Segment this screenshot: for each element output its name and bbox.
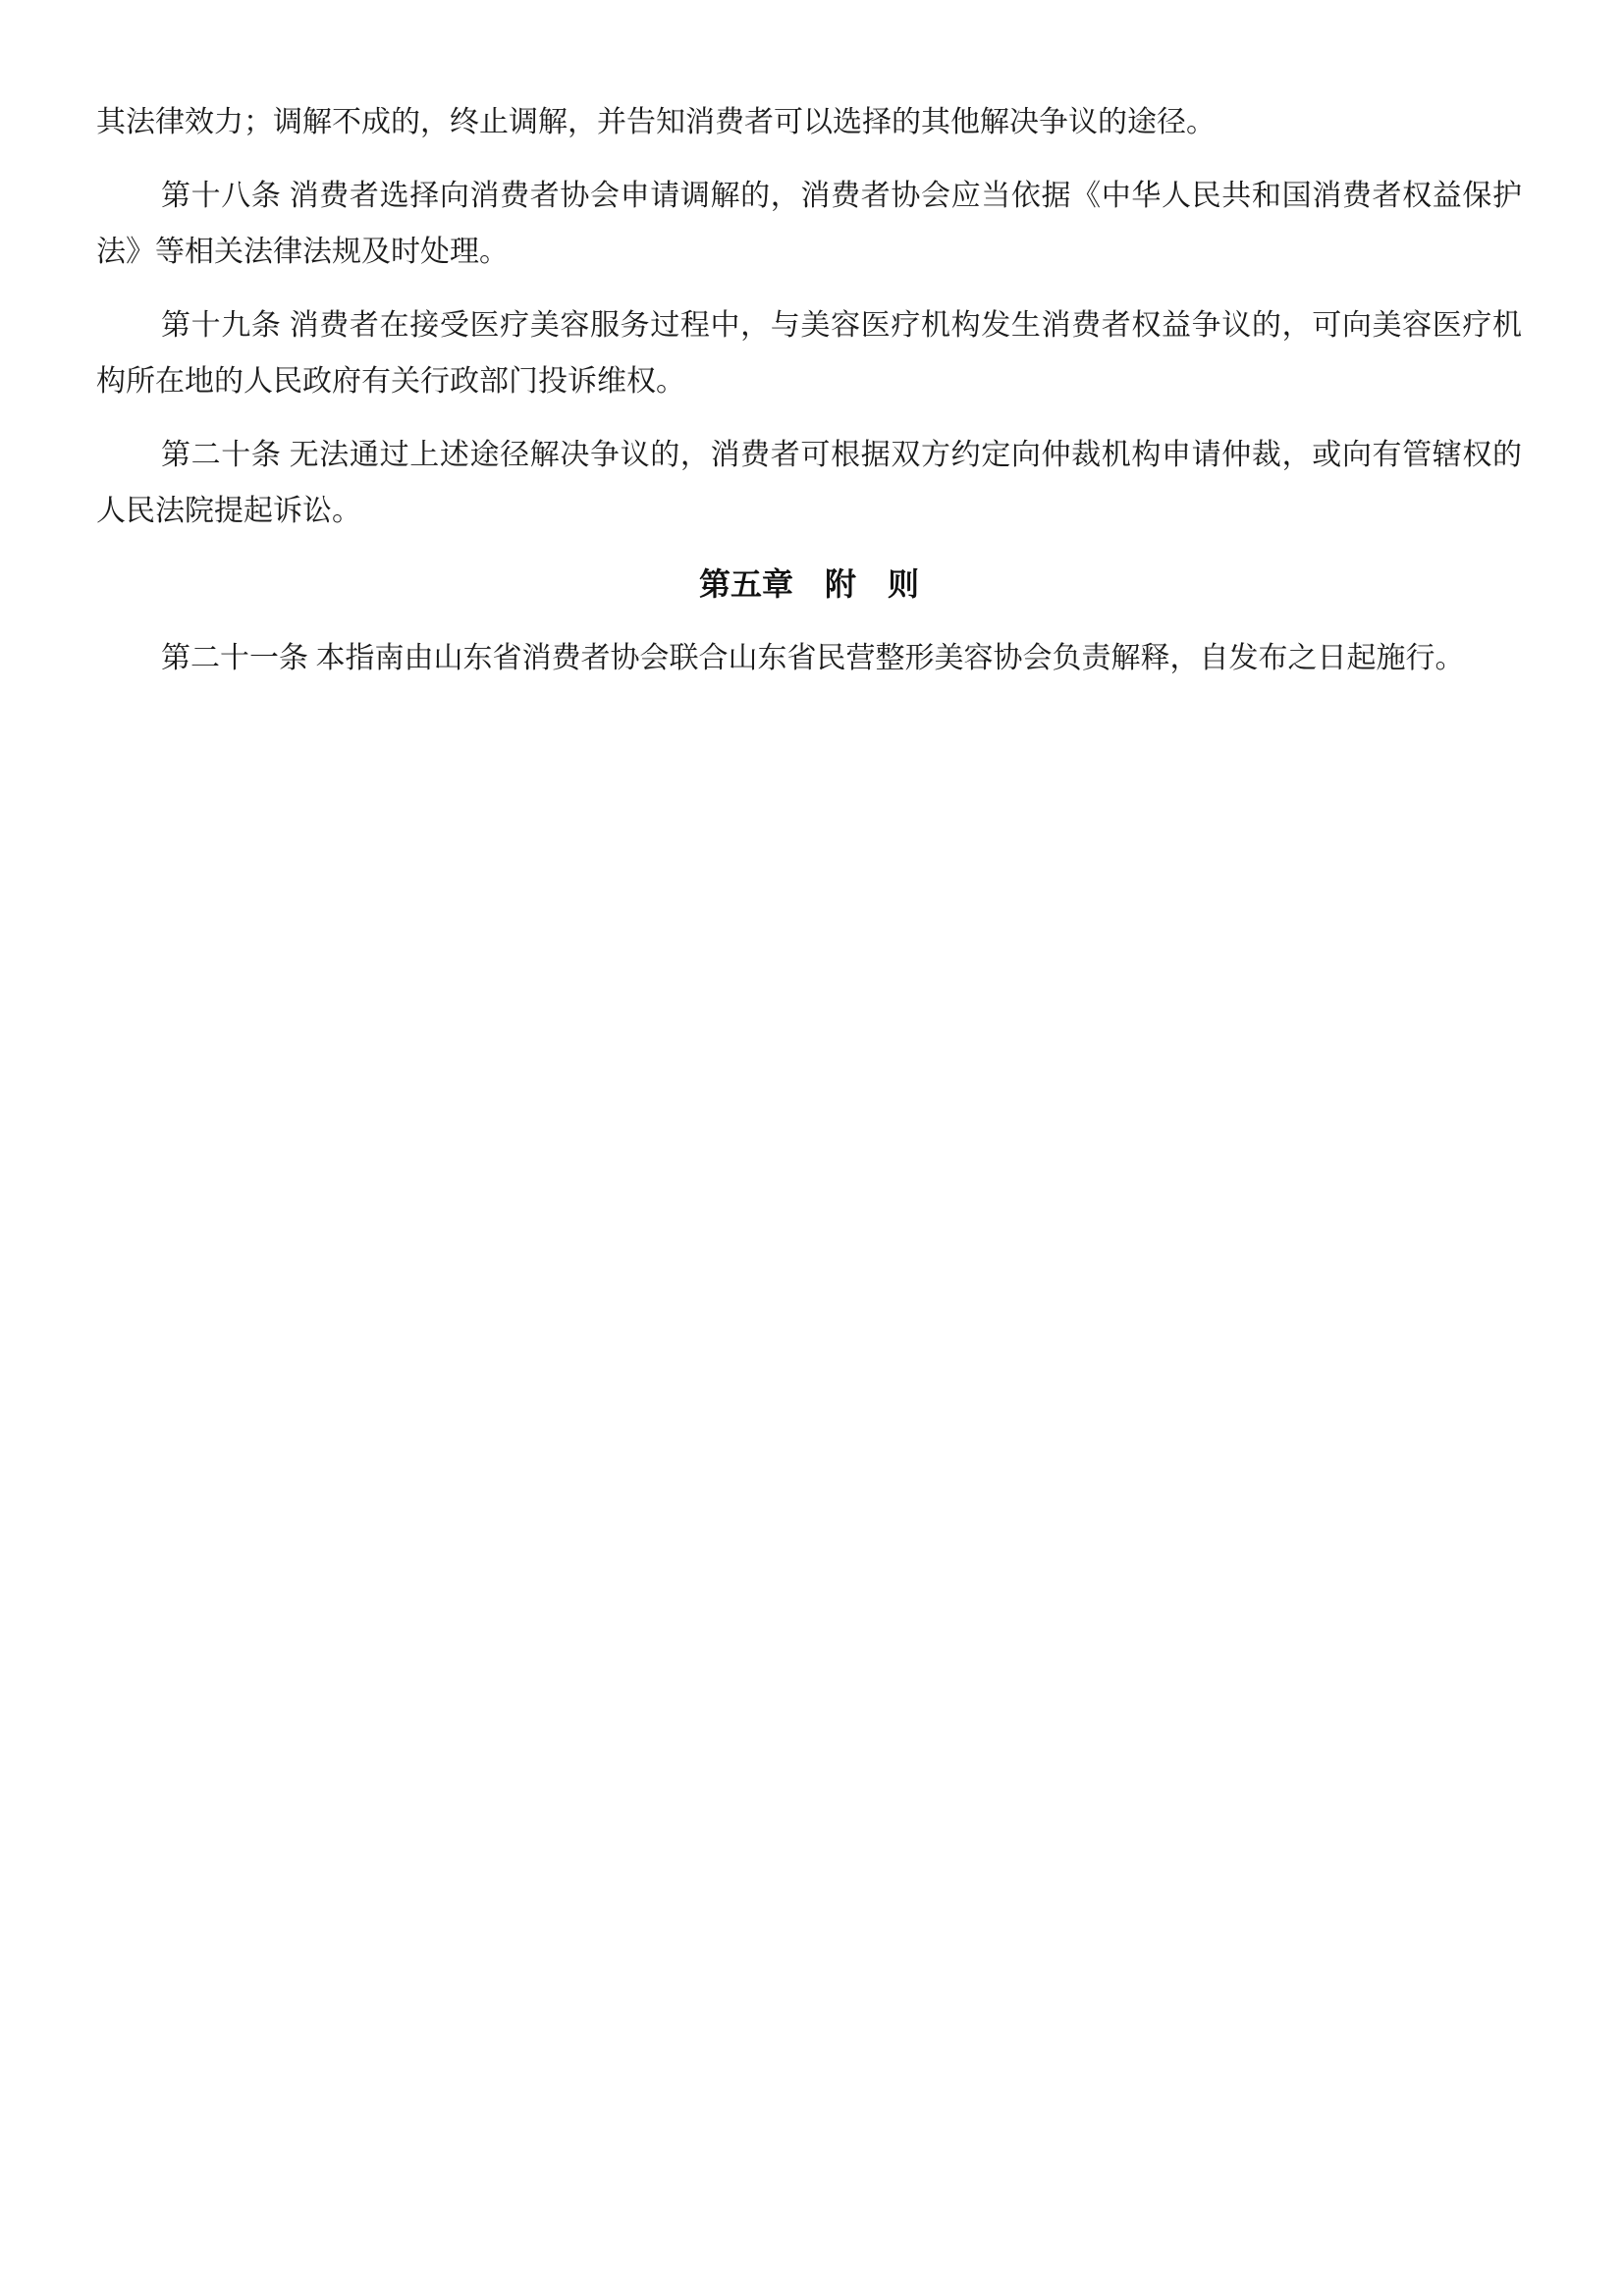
chapter-5-heading: 第五章 附 则 — [96, 557, 1522, 613]
text-line: 人民法院提起诉讼。 — [96, 483, 1522, 539]
text-line: 其法律效力；调解不成的，终止调解，并告知消费者可以选择的其他解决争议的途径。 — [96, 94, 1522, 150]
paragraph-article-21: 第二十一条 本指南由山东省消费者协会联合山东省民营整形美容协会负责解释，自发布之… — [96, 630, 1522, 686]
text-line: 第十八条 消费者选择向消费者协会申请调解的，消费者协会应当依据《中华人民共和国消… — [96, 168, 1522, 224]
document-page: 其法律效力；调解不成的，终止调解，并告知消费者可以选择的其他解决争议的途径。 第… — [0, 0, 1624, 2296]
text-line: 第二十一条 本指南由山东省消费者协会联合山东省民营整形美容协会负责解释，自发布之… — [96, 630, 1522, 686]
chapter-heading-text: 第五章 附 则 — [96, 557, 1522, 613]
text-line: 构所在地的人民政府有关行政部门投诉维权。 — [96, 353, 1522, 409]
text-line: 法》等相关法律法规及时处理。 — [96, 224, 1522, 280]
paragraph-article-18: 第十八条 消费者选择向消费者协会申请调解的，消费者协会应当依据《中华人民共和国消… — [96, 168, 1522, 280]
paragraph-article-20: 第二十条 无法通过上述途径解决争议的，消费者可根据双方约定向仲裁机构申请仲裁，或… — [96, 427, 1522, 539]
paragraph-article-19: 第十九条 消费者在接受医疗美容服务过程中，与美容医疗机构发生消费者权益争议的，可… — [96, 297, 1522, 409]
text-line: 第十九条 消费者在接受医疗美容服务过程中，与美容医疗机构发生消费者权益争议的，可… — [96, 297, 1522, 353]
paragraph-continuation: 其法律效力；调解不成的，终止调解，并告知消费者可以选择的其他解决争议的途径。 — [96, 94, 1522, 150]
text-line: 第二十条 无法通过上述途径解决争议的，消费者可根据双方约定向仲裁机构申请仲裁，或… — [96, 427, 1522, 483]
document-content: 其法律效力；调解不成的，终止调解，并告知消费者可以选择的其他解决争议的途径。 第… — [96, 94, 1522, 704]
